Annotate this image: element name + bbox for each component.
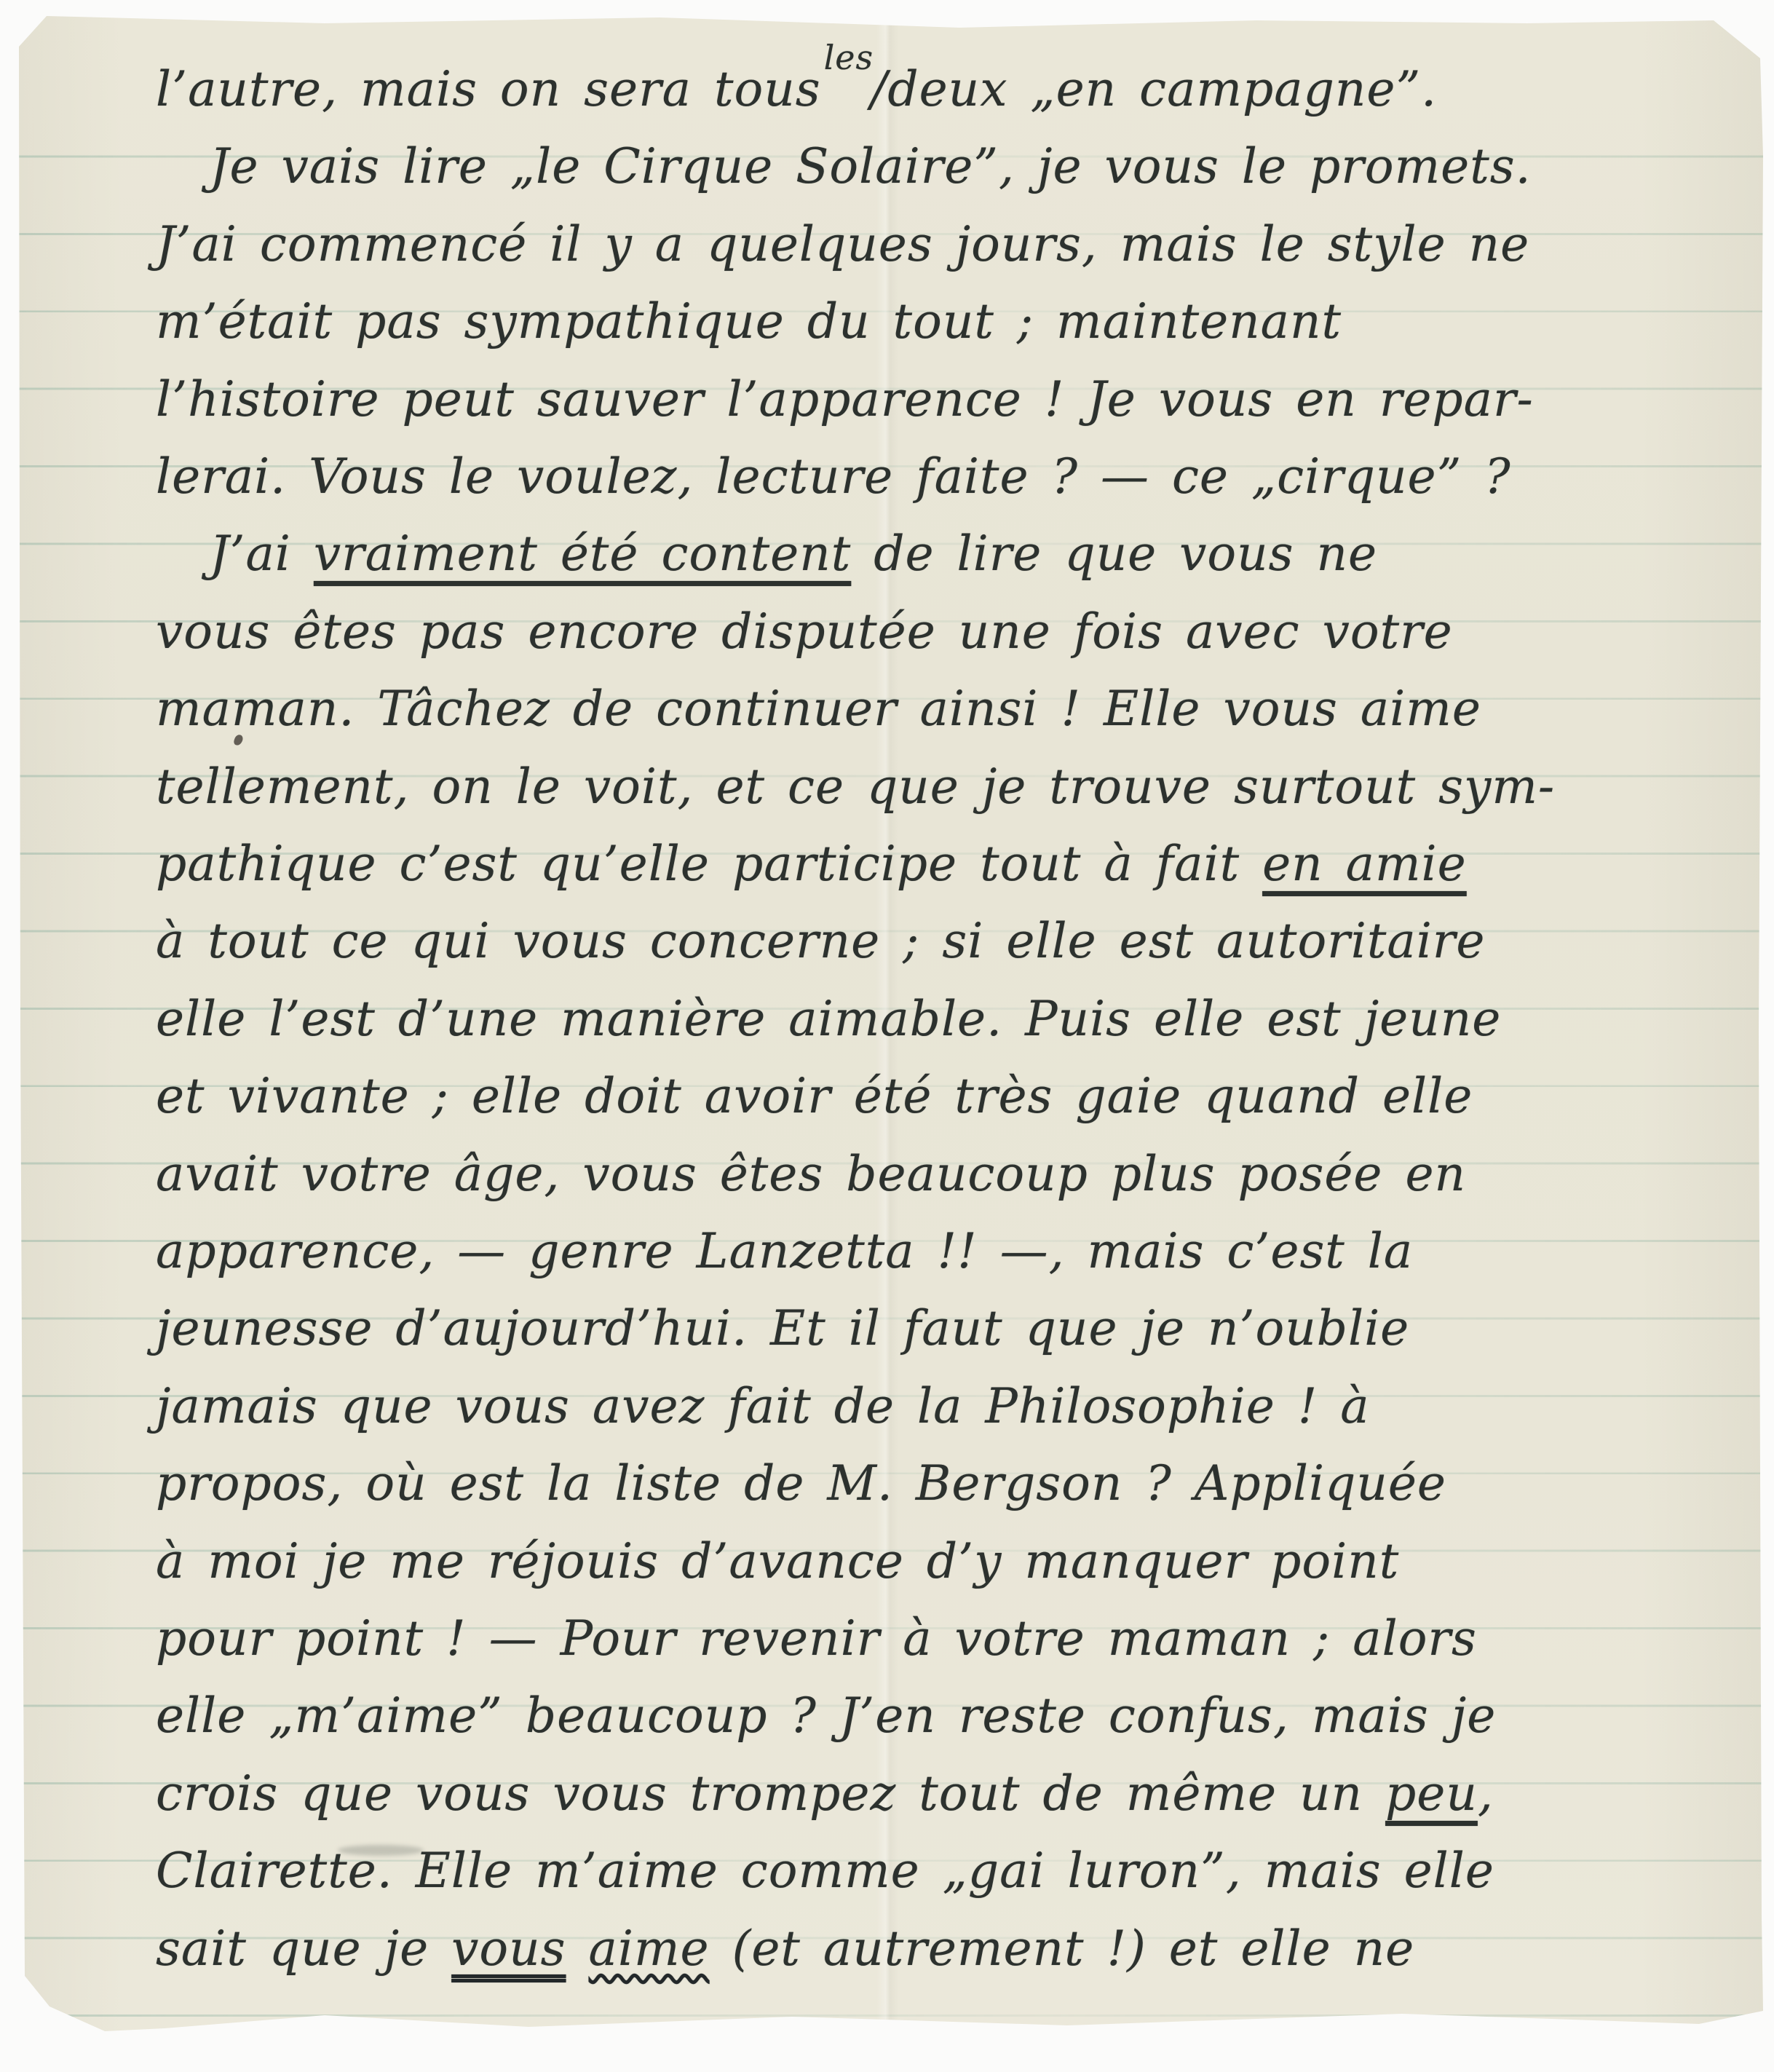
letter-text-segment: l’histoire peut sauver l’apparence ! Je …	[156, 371, 1534, 427]
letter-line: l’autre, mais on sera tousles/deux „en c…	[156, 51, 1437, 128]
letter-text-segment: crois que vous vous trompez tout de même…	[156, 1765, 1385, 1822]
letter-text-segment: jamais que vous avez fait de la Philosop…	[156, 1378, 1370, 1434]
letter-text-segment: (et autrement !) et elle ne	[710, 1921, 1415, 1977]
underlined-text: vous	[451, 1921, 566, 1977]
letter-line: et vivante ; elle doit avoir été très ga…	[156, 1058, 1473, 1135]
paper-sheet: l’autre, mais on sera tousles/deux „en c…	[19, 10, 1763, 2050]
letter-line: à moi je me réjouis d’avance d’y manquer…	[156, 1523, 1399, 1600]
underlined-text: en amie	[1262, 836, 1467, 892]
underlined-text: aime	[589, 1921, 710, 1977]
scan-background: l’autre, mais on sera tousles/deux „en c…	[0, 0, 1774, 2072]
letter-line: lerai. Vous le voulez, lecture faite ? —…	[156, 438, 1511, 515]
letter-line: elle l’est d’une manière aimable. Puis e…	[156, 981, 1501, 1058]
letter-line: avait votre âge, vous êtes beaucoup plus…	[156, 1136, 1466, 1213]
underlined-text: vraiment été content	[314, 526, 851, 582]
letter-text-segment: et vivante ; elle doit avoir été très ga…	[156, 1068, 1473, 1124]
letter-text-segment: l’autre, mais on sera tous	[156, 61, 821, 117]
letter-line: crois que vous vous trompez tout de même…	[156, 1755, 1494, 1832]
letter-line: m’était pas sympathique du tout ; mainte…	[156, 283, 1342, 360]
letter-line: maman. Tâchez de continuer ainsi ! Elle …	[156, 671, 1481, 748]
letter-text-segment: jeunesse d’aujourd’hui. Et il faut que j…	[156, 1300, 1409, 1356]
letter-line: l’histoire peut sauver l’apparence ! Je …	[156, 361, 1534, 438]
letter-text-segment: lerai. Vous le voulez, lecture faite ? —…	[156, 448, 1511, 505]
letter-text-segment: avait votre âge, vous êtes beaucoup plus…	[156, 1146, 1466, 1202]
letter-text-segment: à moi je me réjouis d’avance d’y manquer…	[156, 1533, 1399, 1589]
letter-text-segment: Je vais lire „le Cirque Solaire”, je vou…	[210, 138, 1532, 194]
letter-line: elle „m’aime” beaucoup ? J’en reste conf…	[156, 1677, 1496, 1755]
letter-text: l’autre, mais on sera tousles/deux „en c…	[156, 51, 1734, 2046]
letter-text-segment: m’était pas sympathique du tout ; mainte…	[156, 293, 1342, 349]
letter-text-segment: pour point ! — Pour revenir à votre mama…	[156, 1610, 1477, 1666]
letter-text-segment: à tout ce qui vous concerne ; si elle es…	[156, 913, 1485, 969]
letter-line: tellement, on le voit, et ce que je trou…	[156, 748, 1555, 826]
letter-line: J’ai commencé il y a quelques jours, mai…	[156, 206, 1529, 283]
letter-line: J’ai vraiment été content de lire que vo…	[210, 515, 1377, 593]
letter-line: jamais que vous avez fait de la Philosop…	[156, 1368, 1370, 1445]
letter-line: à tout ce qui vous concerne ; si elle es…	[156, 903, 1485, 980]
letter-text-segment: Clairette. Elle m’aime comme „gai luron”…	[156, 1843, 1494, 1899]
letter-text-segment: pathique c’est qu’elle participe tout à …	[156, 836, 1262, 892]
letter-line: Je vais lire „le Cirque Solaire”, je vou…	[210, 128, 1532, 205]
letter-line: pathique c’est qu’elle participe tout à …	[156, 826, 1467, 903]
letter-line: pour point ! — Pour revenir à votre mama…	[156, 1600, 1477, 1677]
letter-line: propos, où est la liste de M. Bergson ? …	[156, 1445, 1446, 1522]
letter-line: vous êtes pas encore disputée une fois a…	[156, 593, 1453, 671]
letter-text-segment: de lire que vous ne	[851, 526, 1377, 582]
letter-text-segment: ,	[1478, 1765, 1494, 1822]
letter-line: sait que je vous aime (et autrement !) e…	[156, 1910, 1414, 1988]
letter-line: jeunesse d’aujourd’hui. Et il faut que j…	[156, 1290, 1409, 1367]
letter-text-segment: /deux „en campagne”.	[871, 61, 1437, 117]
letter-text-segment: propos, où est la liste de M. Bergson ? …	[156, 1455, 1446, 1511]
underlined-text: peu	[1385, 1765, 1478, 1822]
letter-text-segment	[566, 1921, 589, 1977]
letter-text-segment: apparence, — genre Lanzetta !! —, mais c…	[156, 1223, 1413, 1279]
letter-text-segment: sait que je	[156, 1921, 451, 1977]
letter-text-segment: tellement, on le voit, et ce que je trou…	[156, 759, 1555, 815]
letter-text-segment: elle „m’aime” beaucoup ? J’en reste conf…	[156, 1688, 1496, 1744]
letter-line: Clairette. Elle m’aime comme „gai luron”…	[156, 1832, 1494, 1910]
letter-line: apparence, — genre Lanzetta !! —, mais c…	[156, 1213, 1413, 1290]
letter-text-segment: maman. Tâchez de continuer ainsi ! Elle …	[156, 681, 1481, 737]
letter-text-segment: vous êtes pas encore disputée une fois a…	[156, 604, 1453, 660]
letter-text-segment: J’ai	[210, 526, 314, 582]
letter-text-segment: elle l’est d’une manière aimable. Puis e…	[156, 991, 1501, 1047]
inserted-word: les	[824, 19, 874, 96]
letter-text-segment: J’ai commencé il y a quelques jours, mai…	[156, 216, 1529, 272]
